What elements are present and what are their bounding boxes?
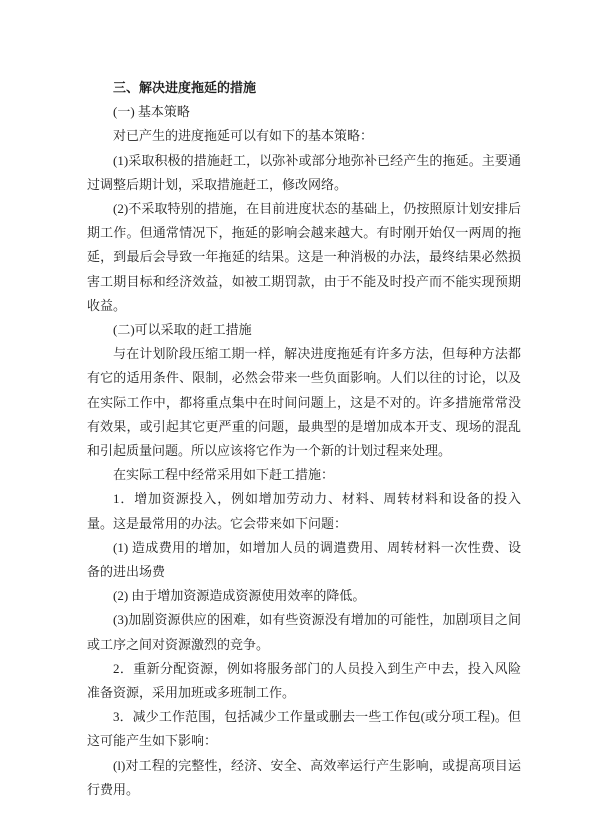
paragraph: (2)不采取特别的措施，在目前进度状态的基础上，仍按照原计划安排后期工作。但通常…	[87, 197, 521, 318]
paragraph-subheading-2: (二)可以采取的赶工措施	[87, 318, 521, 342]
paragraph: 与在计划阶段压缩工期一样，解决进度拖延有许多方法，但每种方法都有它的适用条件、限…	[87, 342, 521, 463]
paragraph-subheading-1: (一) 基本策略	[87, 100, 521, 124]
paragraph: 对已产生的进度拖延可以有如下的基本策略：	[87, 124, 521, 148]
paragraph: (2) 由于增加资源造成资源使用效率的降低。	[87, 584, 521, 608]
document-page: 三、解决进度拖延的措施 (一) 基本策略 对已产生的进度拖延可以有如下的基本策略…	[0, 0, 607, 840]
paragraph: 在实际工程中经常采用如下赶工措施：	[87, 463, 521, 487]
paragraph: 1．增加资源投入，例如增加劳动力、材料、周转材料和设备的投入量。这是最常用的办法…	[87, 487, 521, 535]
paragraph: 2．重新分配资源，例如将服务部门的人员投入到生产中去，投入风险准备资源，采用加班…	[87, 657, 521, 705]
paragraph: (l)对工程的完整性，经济、安全、高效率运行产生影响，或提高项目运行费用。	[87, 754, 521, 802]
paragraph: 3．减少工作范围，包括减少工作量或删去一些工作包(或分项工程)。但这可能产生如下…	[87, 705, 521, 753]
section-heading: 三、解决进度拖延的措施	[87, 76, 521, 100]
paragraph: (3)加剧资源供应的困难，如有些资源没有增加的可能性，加剧项目之间或工序之间对资…	[87, 608, 521, 656]
paragraph: (1) 造成费用的增加，如增加人员的调遣费用、周转材料一次性费、设备的进出场费	[87, 536, 521, 584]
paragraph: (1)采取积极的措施赶工，以弥补或部分地弥补已经产生的拖延。主要通过调整后期计划…	[87, 149, 521, 197]
